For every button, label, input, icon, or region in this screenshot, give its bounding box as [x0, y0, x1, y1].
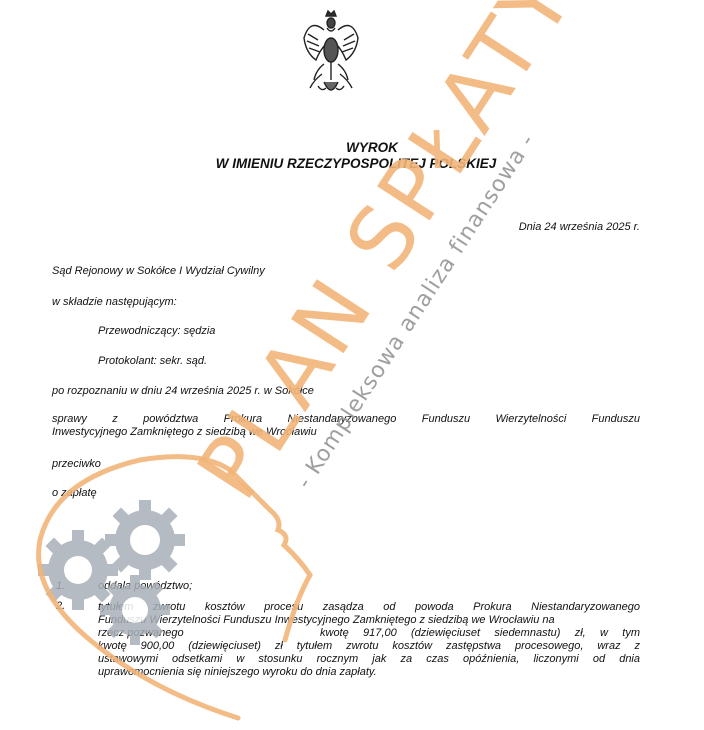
court-name: Sąd Rejonowy w Sokółce I Wydział Cywilny [52, 265, 265, 278]
ruling-2-line2: Funduszu Wierzytelności Funduszu Inwesty… [98, 614, 555, 627]
ruling-2-line3b: kwotę 917,00 (dziewięciuset siedemnastu)… [320, 627, 640, 640]
ruling-2-line6: uprawomocnienia się niniejszego wyroku d… [98, 666, 377, 679]
court-judgment-page: WYROK W IMIENIU RZECZYPOSPOLITEJ POLSKIE… [0, 0, 704, 730]
composition-intro: w składzie następującym: [52, 296, 177, 309]
document-subtitle: W IMIENIU RZECZYPOSPOLITEJ POLSKIEJ [176, 156, 536, 172]
ruling-2-number: 2. [56, 600, 65, 613]
ruling-2-line1: tytułem zwrotu kosztów procesu zasądza o… [98, 601, 640, 614]
ruling-2-line5: ustawowymi odsetkami w stosunku rocznym … [98, 653, 640, 666]
judgment-date: Dnia 24 września 2025 r. [519, 221, 640, 234]
court-clerk: Protokolant: sekr. sąd. [98, 355, 207, 368]
ruling-1-text: oddala powództwo; [98, 580, 192, 593]
ruling-1-number: 1. [56, 580, 65, 593]
hearing-info: po rozpoznaniu w dniu 24 września 2025 r… [52, 385, 314, 398]
ruling-2-line3a: rzecz pozwanego [98, 627, 184, 640]
case-parties-line1: sprawy z powództwa Prokura Niestandaryzo… [52, 413, 640, 426]
presiding-judge: Przewodniczący: sędzia [98, 325, 215, 338]
case-subject: o zapłatę [52, 487, 97, 500]
ruling-2-line4: kwotę 900,00 (dziewięciuset) zł tytułem … [98, 640, 640, 653]
document-title: WYROK [0, 140, 704, 156]
polish-eagle-emblem-icon [300, 8, 362, 100]
against-label: przeciwko [52, 458, 101, 471]
case-parties-line2: Inwestycyjnego Zamkniętego z siedzibą we… [52, 426, 317, 439]
